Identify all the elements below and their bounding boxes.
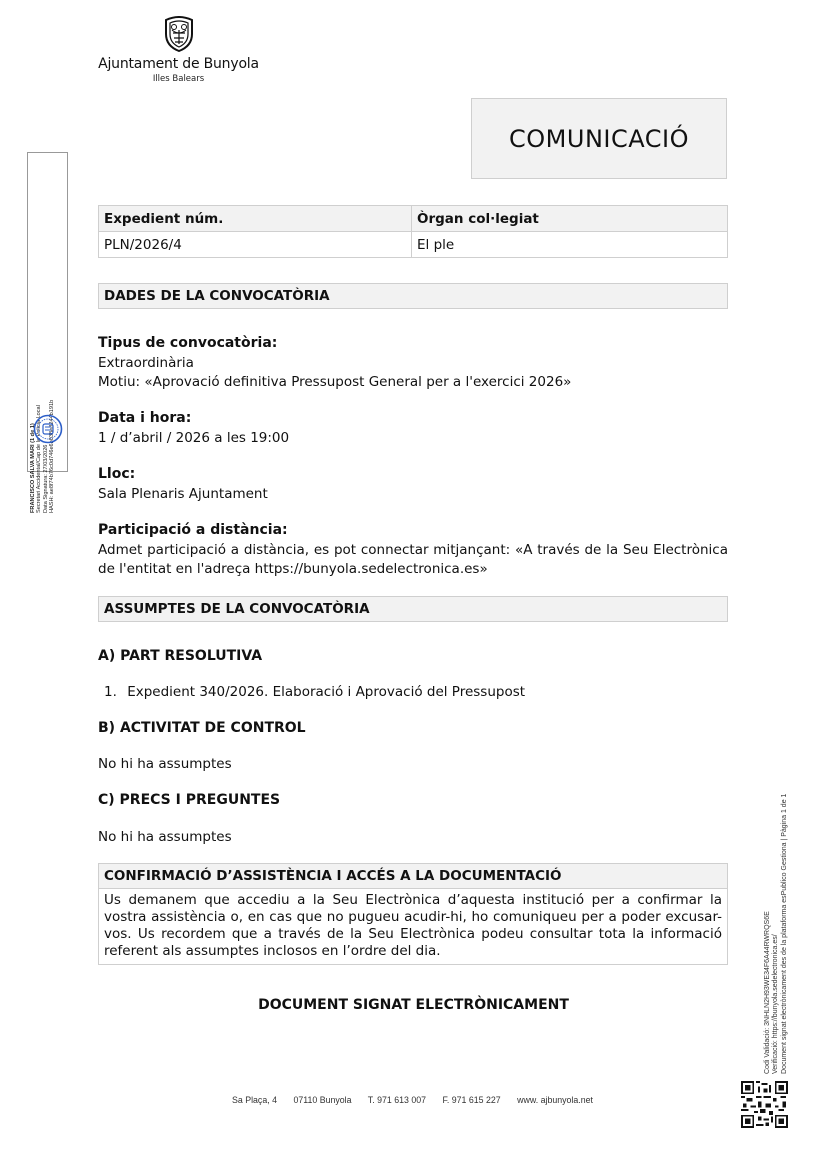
org-region: Illes Balears [96,73,261,85]
organ-value: El ple [412,232,728,258]
confirmacio-title: CONFIRMACIÓ D’ASSISTÈNCIA I ACCÉS A LA D… [99,864,727,889]
agenda-item: 1. Expedient 340/2026. Elaboració i Apro… [104,683,525,702]
part-resolutiva-title: A) PART RESOLUTIVA [98,648,262,664]
motiu-text: Motiu: «Aprovació definitiva Pressupost … [98,373,571,392]
validation-info: Codi Validació: 3NHLN2H93WE34F6A44RWRQS6… [764,794,789,1074]
agenda-item-text: Expedient 340/2026. Elaboració i Aprovac… [127,684,525,700]
org-name: Ajuntament de Bunyola [96,56,261,73]
tipus-label: Tipus de convocatòria: [98,335,277,351]
expedient-header: Expedient núm. [99,206,412,232]
tipus-value: Extraordinària [98,354,194,373]
data-label: Data i hora: [98,410,191,426]
footer-postal: 07110 Bunyola [293,1095,351,1105]
official-seal-icon [33,412,63,446]
lloc-label: Lloc: [98,466,135,482]
signed-note-text: DOCUMENT SIGNAT ELECTRÒNICAMENT [258,997,569,1013]
participacio-label: Participació a distància: [98,522,288,538]
footer-web[interactable]: www. ajbunyola.net [517,1095,593,1105]
organ-header: Òrgan col·legiat [412,206,728,232]
signature-details: FRANCISCO SALVA MARI (1 de 1) Secretari … [30,383,56,513]
expedient-table: Expedient núm. Òrgan col·legiat PLN/2026… [98,205,728,258]
validation-code: Codi Validació: 3NHLN2H93WE34F6A44RWRQS6… [764,794,772,1074]
footer-address: Sa Plaça, 4 [232,1095,277,1105]
confirmacio-box: CONFIRMACIÓ D’ASSISTÈNCIA I ACCÉS A LA D… [98,863,728,965]
activitat-control-text: No hi ha assumptes [98,755,232,774]
signature-hash: HASH: ae8f74b76c0d746e6b038e8244b191b [49,383,55,513]
precs-preguntes-title: C) PRECS I PREGUNTES [98,792,280,808]
lloc-value: Sala Plenaris Ajuntament [98,485,268,504]
municipal-crest-icon [162,16,196,52]
precs-preguntes-text: No hi ha assumptes [98,828,232,847]
platform-note: Document signat electrònicament des de l… [781,794,789,1074]
footer-contact: Sa Plaça, 4 07110 Bunyola T. 971 613 007… [232,1095,607,1105]
qr-code-icon[interactable] [741,1081,788,1128]
document-type-title: COMUNICACIÓ [509,125,689,153]
section-assumptes-header: ASSUMPTES DE LA CONVOCATÒRIA [98,596,728,622]
confirmacio-body: Us demanem que accediu a la Seu Electròn… [99,889,727,964]
header-logo: Ajuntament de Bunyola Illes Balears [96,16,261,85]
verification-url[interactable]: Verificació: https://bunyola.sedelectron… [772,794,780,1074]
activitat-control-title: B) ACTIVITAT DE CONTROL [98,720,306,736]
participacio-value: Admet participació a distància, es pot c… [98,541,728,579]
expedient-value: PLN/2026/4 [99,232,412,258]
agenda-item-number: 1. [104,684,117,700]
footer-fax: F. 971 615 227 [442,1095,500,1105]
data-value: 1 / d’abril / 2026 a les 19:00 [98,429,289,448]
section-dades-header: DADES DE LA CONVOCATÒRIA [98,283,728,309]
document-type-box: COMUNICACIÓ [471,98,727,179]
signed-electronically-note: DOCUMENT SIGNAT ELECTRÒNICAMENT [0,997,827,1013]
footer-phone: T. 971 613 007 [368,1095,426,1105]
